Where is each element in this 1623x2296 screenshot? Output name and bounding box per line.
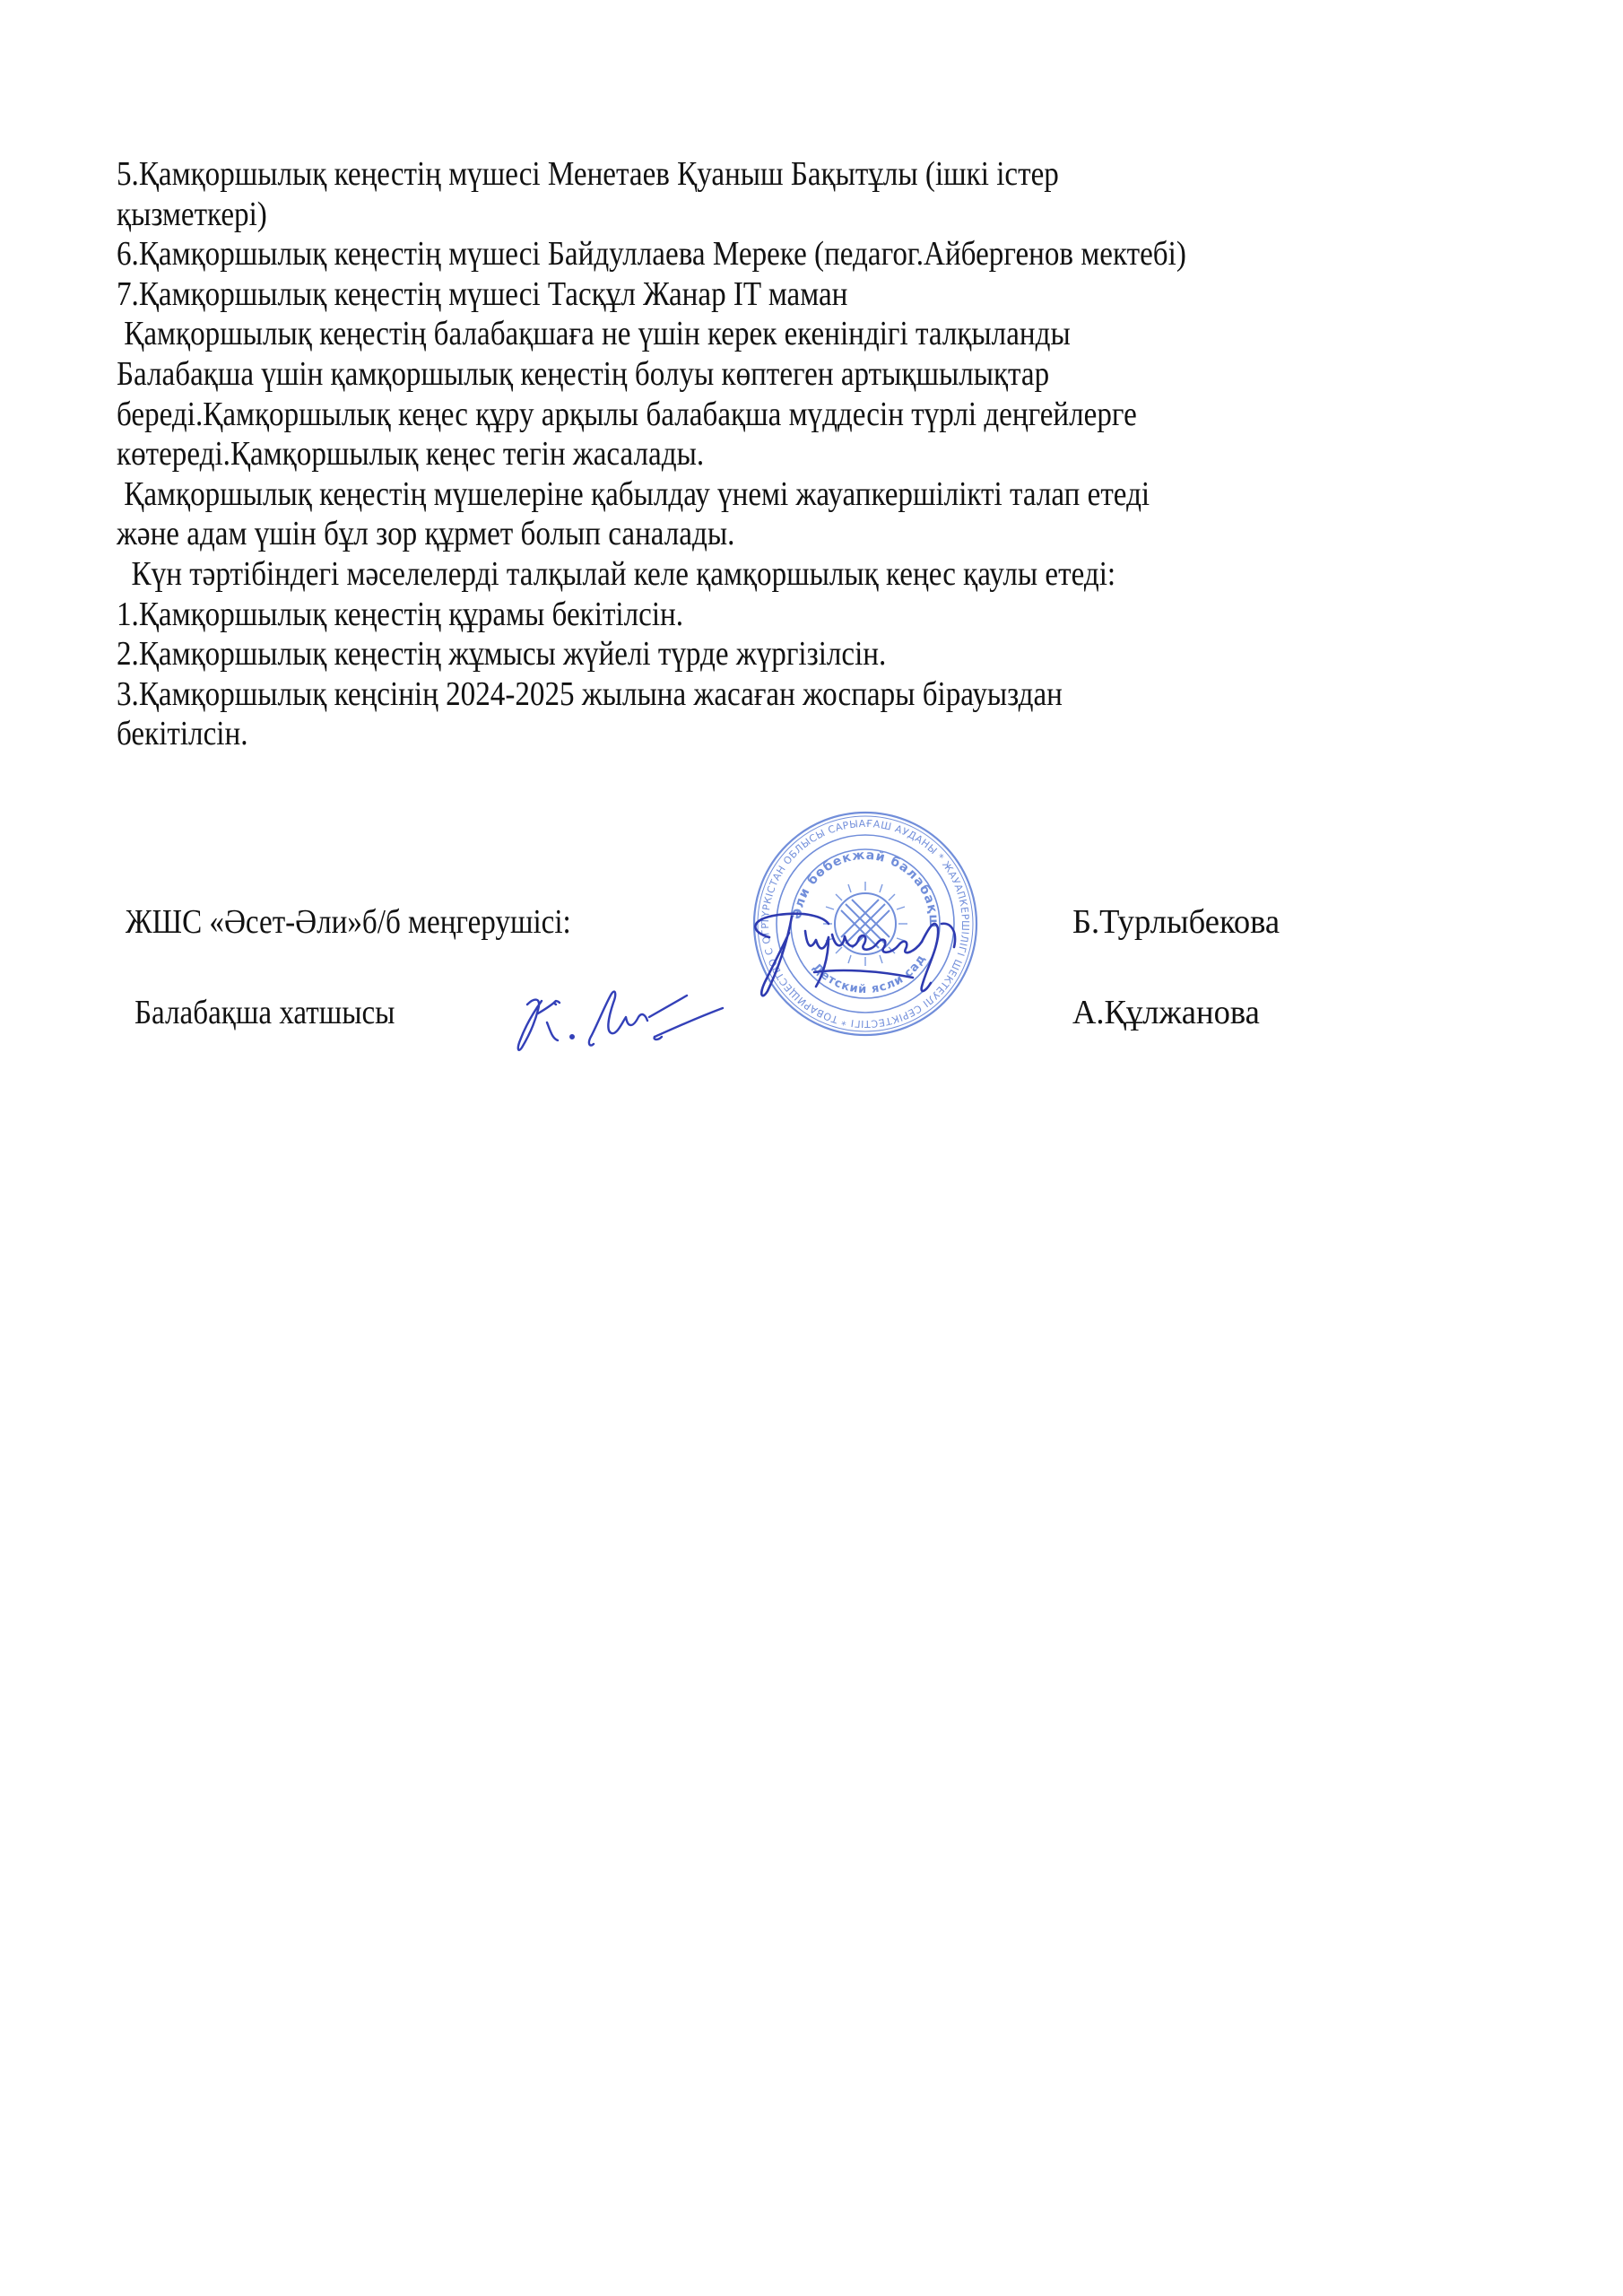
secretary-signature-icon — [511, 978, 726, 1067]
body-line: Күн тәртібіндегі мәселелерді талқылай ке… — [117, 554, 1350, 595]
body-line: қызметкері) — [117, 195, 1350, 235]
body-line: береді.Қамқоршылық кеңес құру арқылы бал… — [117, 395, 1350, 435]
body-line: 1.Қамқоршылық кеңестің құрамы бекітілсін… — [117, 595, 1350, 635]
body-line: 6.Қамқоршылық кеңестің мүшесі Байдуллаев… — [117, 234, 1350, 274]
body-line: көтереді.Қамқоршылық кеңес тегін жасалад… — [117, 434, 1350, 474]
secretary-name: А.Құлжанова — [1072, 993, 1260, 1032]
body-line: бекітілсін. — [117, 714, 1350, 754]
body-line: Қамқоршылық кеңестің мүшелеріне қабылдау… — [117, 474, 1350, 515]
body-line: 3.Қамқоршылық кеңсінің 2024-2025 жылына … — [117, 674, 1350, 715]
document-body: 5.Қамқоршылық кеңестің мүшесі Менетаев Қ… — [117, 154, 1551, 754]
head-position-label: ЖШС «Әсет-Әли»б/б меңгерушісі: — [126, 902, 571, 942]
head-signature-icon — [742, 897, 985, 1004]
body-line: 5.Қамқоршылық кеңестің мүшесі Менетаев Қ… — [117, 154, 1350, 195]
document-page: 5.Қамқоршылық кеңестің мүшесі Менетаев Қ… — [0, 0, 1623, 2296]
body-line: 7.Қамқоршылық кеңестің мүшесі Тасқұл Жан… — [117, 274, 1350, 315]
head-name: Б.Турлыбекова — [1072, 902, 1280, 942]
body-line: Балабақша үшін қамқоршылық кеңестің болу… — [117, 354, 1350, 395]
body-line: және адам үшін бұл зор құрмет болып сана… — [117, 514, 1350, 554]
secretary-position-label: Балабақша хатшысы — [135, 993, 395, 1032]
body-line: Қамқоршылық кеңестің балабақшаға не үшін… — [117, 314, 1350, 354]
body-line: 2.Қамқоршылық кеңестің жұмысы жүйелі түр… — [117, 634, 1350, 674]
